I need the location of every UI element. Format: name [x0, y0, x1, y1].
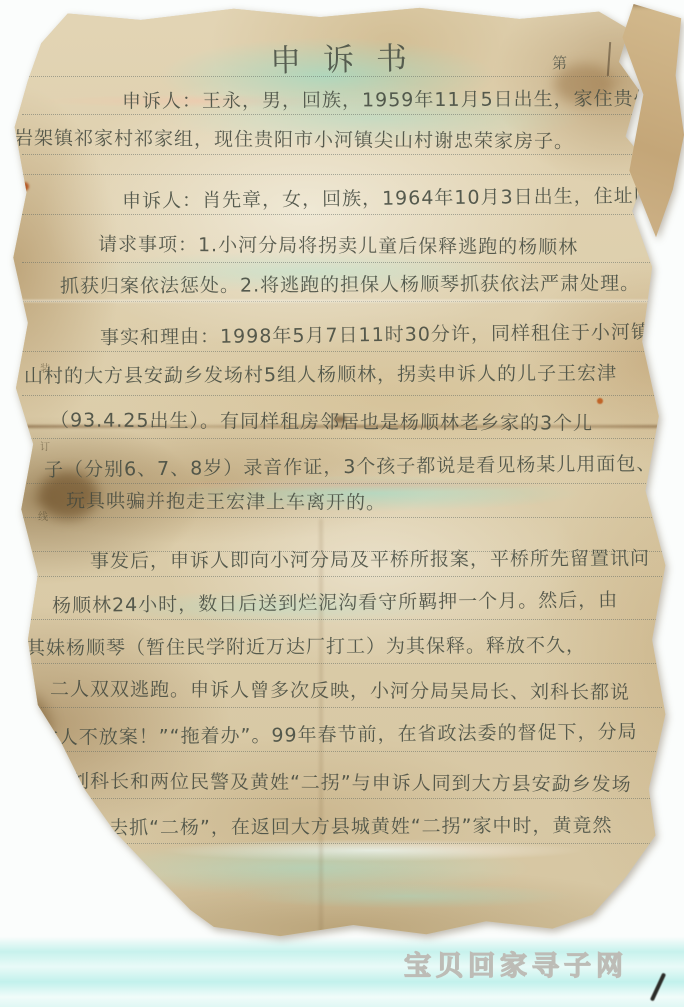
handwritten-line: 申诉人：王永，男，回族，1959年11月5日出生，家住贵州省织金县 [122, 83, 684, 113]
handwritten-line: 事发后，申诉人即向小河分局及平桥所报案，平桥所先留置讯问 [90, 544, 650, 574]
handwritten-line: 抓获归案依法惩处。2.将逃跑的担保人杨顺琴抓获依法严肃处理。 [60, 268, 640, 298]
ink-blot [16, 658, 22, 668]
handwritten-line: 请求事项：1.小河分局将拐卖儿童后保释逃跑的杨顺林 [98, 230, 578, 260]
handwritten-line: 村5组去抓“二杨”，在返回大方县城黄姓“二拐”家中时，黄竟然 [56, 811, 613, 841]
rust-spot [14, 447, 21, 454]
petition-paper: 装 订 线 申诉书 第 申诉人：王永，男，回族，1959年11月5日出生，家住贵… [8, 6, 672, 938]
handwritten-line: （93.4.25出生）。有同样租房邻居也是杨顺林老乡家的3个儿 [50, 405, 593, 435]
handwritten-line: 岩架镇祁家村祁家组，现住贵阳市小河镇尖山村谢忠荣家房子。 [14, 123, 574, 153]
paper-wrapper: 装 订 线 申诉书 第 申诉人：王永，男，回族，1959年11月5日出生，家住贵… [0, 0, 684, 1007]
watermark-text: 宝贝回家寻子网 [404, 944, 628, 983]
handwritten-line: 其妹杨顺琴（暂住民学附近万达厂打工）为其保释。释放不久， [26, 631, 586, 661]
scanned-petition-page: { "document": { "title": "申诉书", "page_la… [0, 0, 684, 1007]
handwritten-line: 杨顺林24小时，数日后送到烂泥沟看守所羁押一个月。然后，由 [52, 585, 618, 618]
ink-blot [18, 688, 26, 700]
handwritten-line: 二人双双逃跑。申诉人曾多次反映，小河分局吴局长、刘科长都说 [50, 674, 630, 705]
handwritten-line: 玩具哄骗并抱走王宏津上车离开的。 [66, 486, 386, 515]
handwritten-line: 派刘科长和两位民警及黄姓“二拐”与申诉人同到大方县安勐乡发场 [50, 766, 632, 797]
handwritten-body: 申诉人：王永，男，回族，1959年11月5日出生，家住贵州省织金县 岩架镇祁家村… [8, 6, 672, 938]
handwritten-line: 子（分别6、7、8岁）录音作证，3个孩子都说是看见杨某儿用面包、 [44, 449, 657, 482]
handwritten-line: 山村的大方县安勐乡发场村5组人杨顺林，拐卖申诉人的儿子王宏津 [24, 358, 617, 388]
handwritten-line: “放人不放案！”“拖着办”。99年春节前，在省政法委的督促下，分局 [28, 717, 638, 750]
handwritten-line: 事实和理由：1998年5月7日11时30分许，同样租住于小河镇尖 [100, 317, 671, 350]
handwritten-line: 申诉人：肖先章，女，回族，1964年10月3日出生，住址同上，系夫妻。 [122, 180, 684, 214]
